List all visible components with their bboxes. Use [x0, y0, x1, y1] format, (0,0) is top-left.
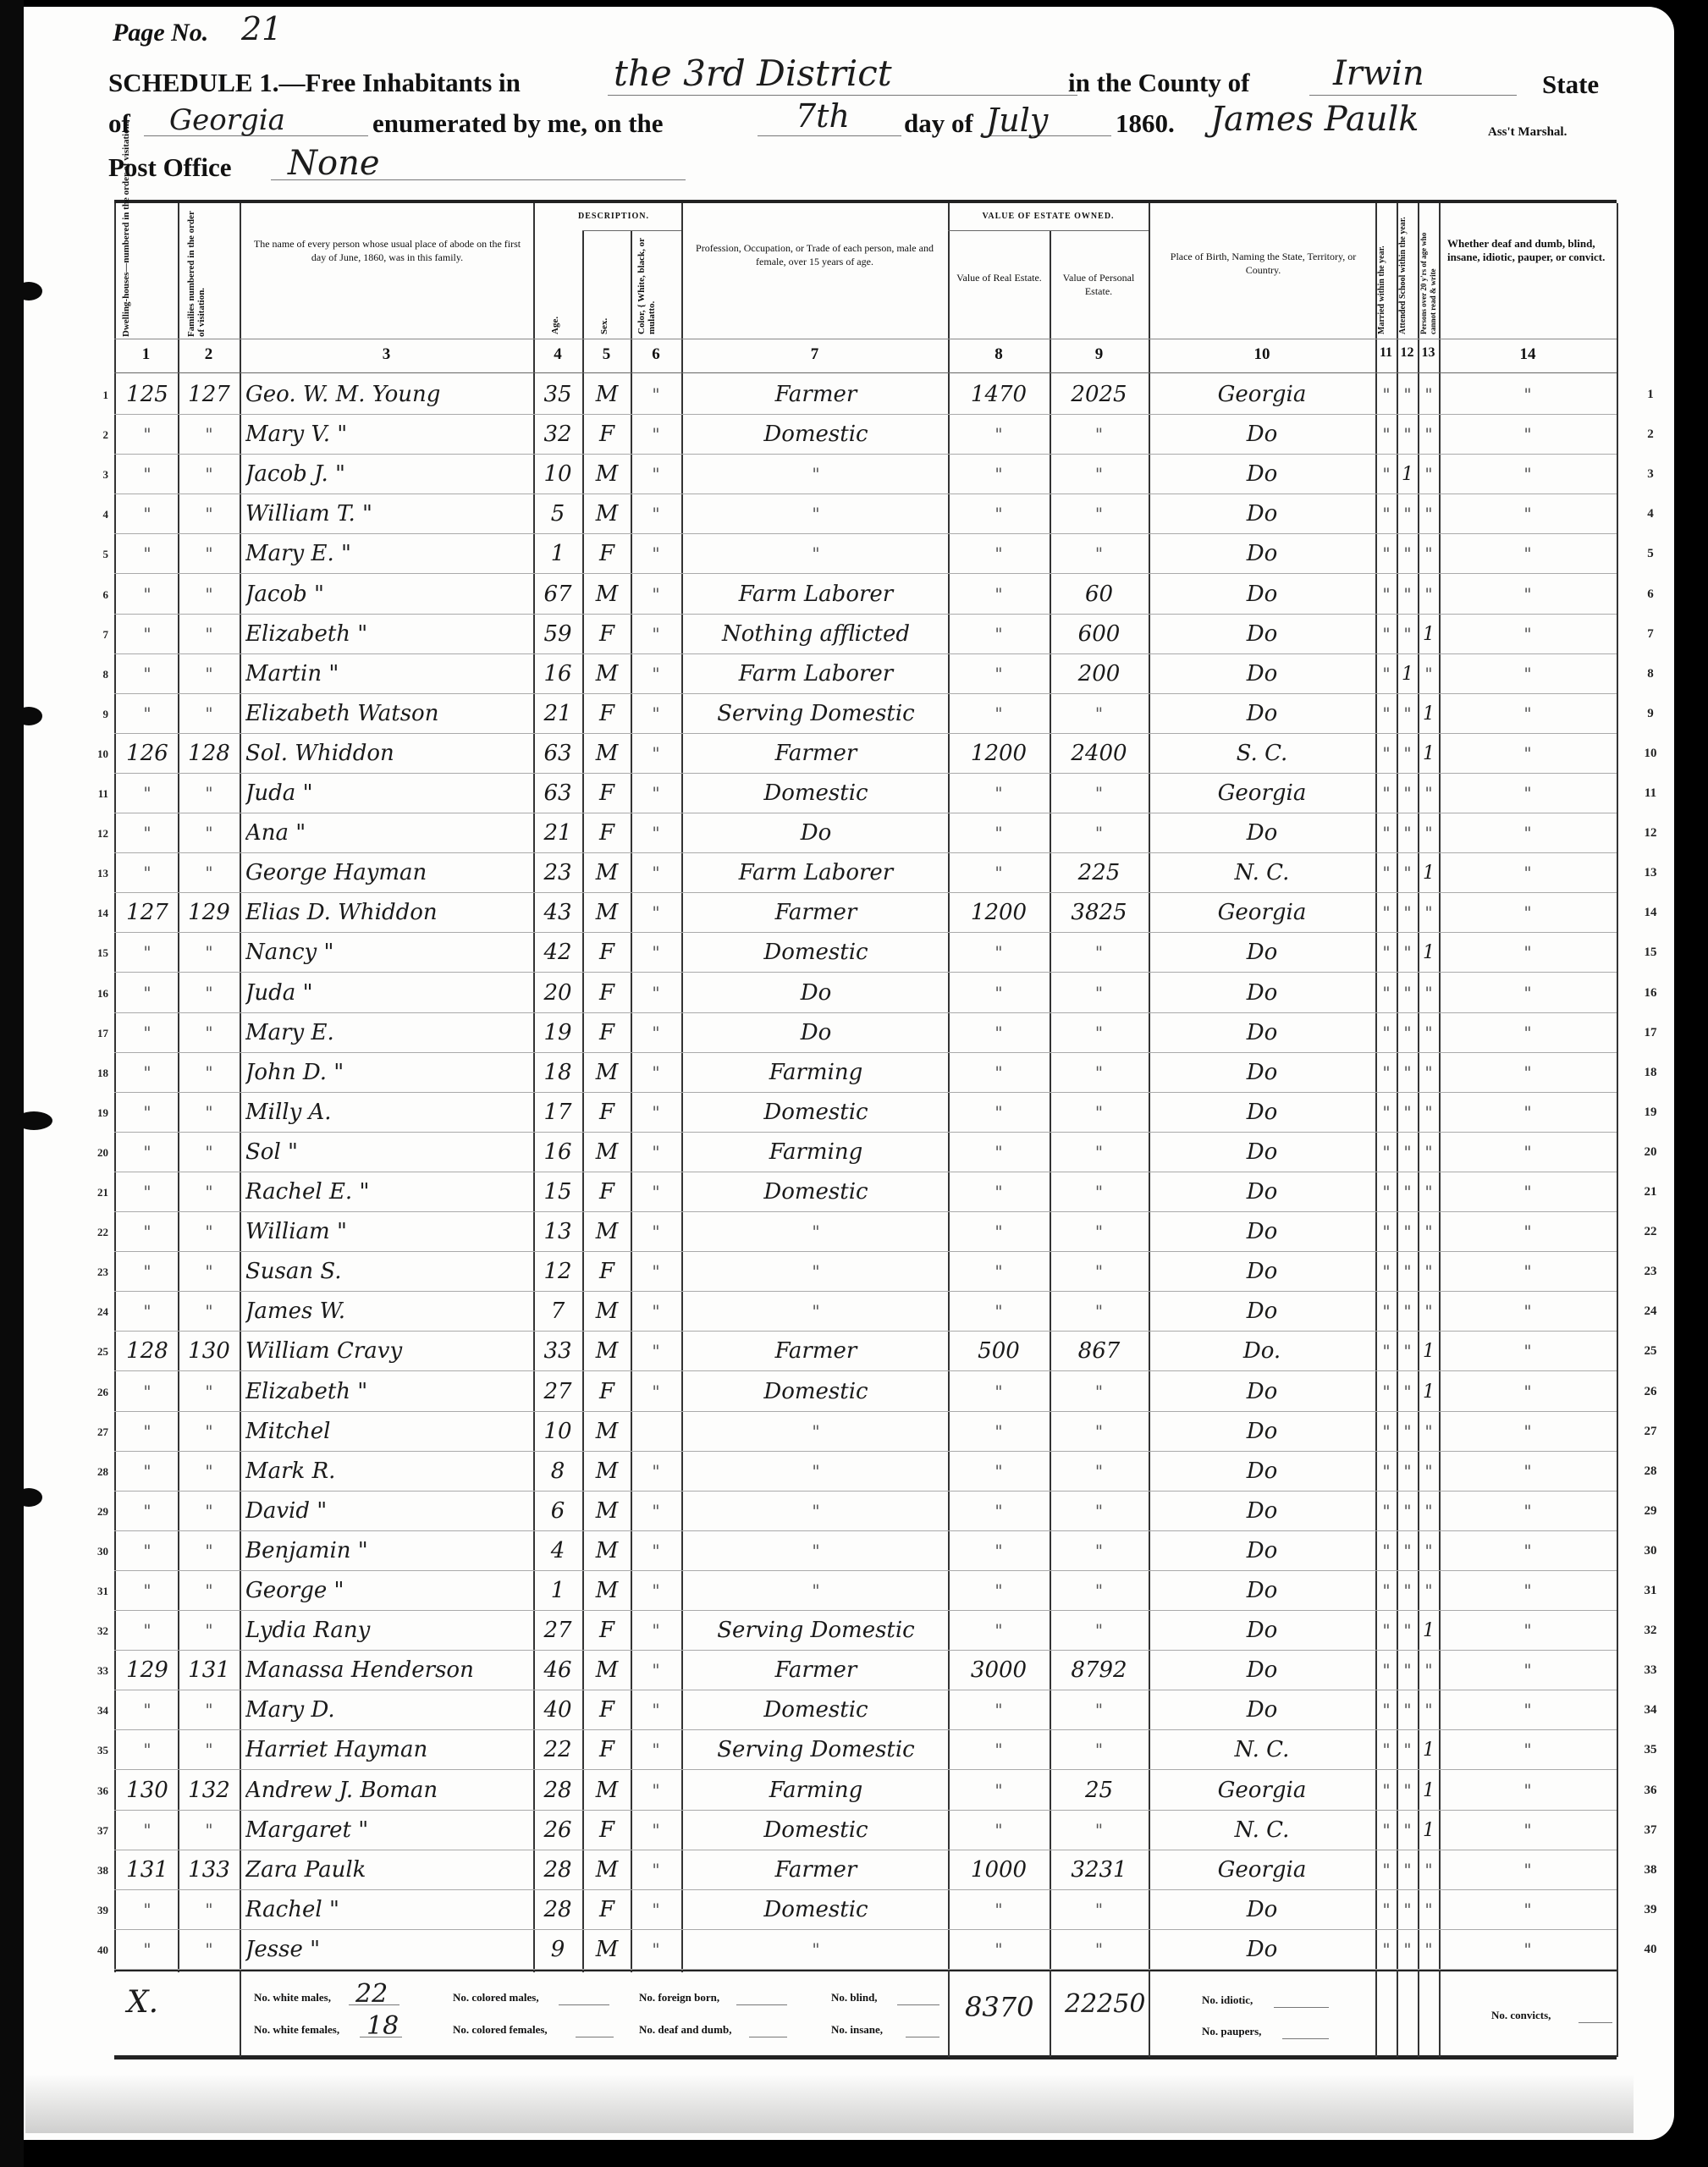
occupation: Domestic: [686, 1690, 946, 1730]
personal-estate-value: ": [1051, 1412, 1147, 1452]
age: 5: [535, 494, 581, 534]
person-name: Jesse ": [245, 1930, 532, 1970]
age: 1: [535, 534, 581, 574]
col-number: 14: [1439, 345, 1617, 364]
right-line-number: 30: [1634, 1531, 1667, 1571]
school-flag: ": [1397, 774, 1418, 813]
personal-estate-value: ": [1051, 1690, 1147, 1730]
dwelling-number: ": [118, 1133, 176, 1172]
left-line-number: 5: [88, 534, 108, 574]
person-name: Sol ": [245, 1133, 532, 1172]
color: ": [633, 1492, 679, 1531]
real-estate-value: 3000: [950, 1651, 1048, 1690]
marshal-name: James Paulk: [1210, 100, 1419, 139]
col-group-description: Description.: [550, 210, 677, 223]
real-estate-value: ": [950, 1531, 1048, 1571]
married-flag: ": [1376, 1133, 1397, 1172]
remarks: ": [1441, 1730, 1615, 1770]
col-header-dwelling: Dwelling-houses—numbered in the order of…: [121, 210, 131, 337]
family-number: ": [181, 1412, 237, 1452]
col-header-name: The name of every person whose usual pla…: [250, 237, 525, 264]
school-flag: ": [1397, 534, 1418, 574]
school-flag: ": [1397, 1372, 1418, 1412]
illiterate-flag: 1: [1419, 1332, 1439, 1371]
col-number: 6: [631, 345, 681, 364]
birthplace: Do: [1151, 1372, 1373, 1412]
school-flag: ": [1397, 1412, 1418, 1452]
right-line-number: 11: [1634, 774, 1667, 813]
occupation: ": [686, 1412, 946, 1452]
person-name: Elizabeth Watson: [245, 694, 532, 734]
family-number: ": [181, 1492, 237, 1531]
birthplace: Do: [1151, 494, 1373, 534]
table-row: 19""Milly A.17F"Domestic""Do""""19: [0, 1093, 1708, 1133]
illiterate-flag: ": [1419, 893, 1439, 933]
color: ": [633, 1252, 679, 1292]
table-row: 16""Juda "20F"Do""Do""""16: [0, 973, 1708, 1013]
person-name: Juda ": [245, 774, 532, 813]
left-line-number: 37: [88, 1811, 108, 1850]
occupation: Farmer: [686, 893, 946, 933]
married-flag: ": [1376, 375, 1397, 415]
right-line-number: 37: [1634, 1811, 1667, 1850]
color: ": [633, 1053, 679, 1093]
right-line-number: 29: [1634, 1492, 1667, 1531]
color: ": [633, 893, 679, 933]
personal-estate-value: ": [1051, 1133, 1147, 1172]
personal-estate-value: ": [1051, 933, 1147, 973]
occupation: ": [686, 455, 946, 494]
right-line-number: 17: [1634, 1013, 1667, 1053]
occupation: Do: [686, 1013, 946, 1053]
color: ": [633, 1531, 679, 1571]
real-estate-value: ": [950, 1492, 1048, 1531]
birthplace: Georgia: [1151, 893, 1373, 933]
left-line-number: 21: [88, 1172, 108, 1212]
real-estate-value: ": [950, 1372, 1048, 1412]
occupation: ": [686, 494, 946, 534]
age: 22: [535, 1730, 581, 1770]
illiterate-flag: 1: [1419, 1771, 1439, 1811]
age: 21: [535, 813, 581, 853]
personal-estate-value: 8792: [1051, 1651, 1147, 1690]
family-number: 128: [181, 734, 237, 774]
sex: M: [584, 494, 630, 534]
color: ": [633, 1292, 679, 1332]
illiterate-flag: ": [1419, 1452, 1439, 1492]
age: 8: [535, 1452, 581, 1492]
age: 46: [535, 1651, 581, 1690]
birthplace: Georgia: [1151, 774, 1373, 813]
married-flag: ": [1376, 1850, 1397, 1890]
right-line-number: 35: [1634, 1730, 1667, 1770]
married-flag: ": [1376, 1412, 1397, 1452]
dwelling-number: ": [118, 774, 176, 813]
married-flag: ": [1376, 1771, 1397, 1811]
birthplace: Do: [1151, 534, 1373, 574]
occupation: ": [686, 1252, 946, 1292]
school-flag: ": [1397, 1093, 1418, 1133]
personal-estate-value: ": [1051, 415, 1147, 455]
sex: F: [584, 1890, 630, 1930]
white-males-label: No. white males,: [254, 1991, 331, 2004]
table-row: 20""Sol "16M"Farming""Do""""20: [0, 1133, 1708, 1172]
color: ": [633, 694, 679, 734]
family-number: ": [181, 1452, 237, 1492]
personal-estate-value: ": [1051, 973, 1147, 1013]
age: 32: [535, 415, 581, 455]
family-number: ": [181, 1531, 237, 1571]
age: 18: [535, 1053, 581, 1093]
left-line-number: 18: [88, 1053, 108, 1093]
dwelling-number: 128: [118, 1332, 176, 1371]
person-name: Mary E. ": [245, 534, 532, 574]
occupation: ": [686, 1452, 946, 1492]
left-line-number: 11: [88, 774, 108, 813]
illiterate-flag: ": [1419, 1093, 1439, 1133]
color: ": [633, 575, 679, 615]
right-line-number: 3: [1634, 455, 1667, 494]
dwelling-number: ": [118, 1452, 176, 1492]
color: ": [633, 853, 679, 893]
col-number: 7: [681, 345, 948, 364]
table-row: 33129131Manassa Henderson46M"Farmer30008…: [0, 1651, 1708, 1690]
married-flag: ": [1376, 1730, 1397, 1770]
color: ": [633, 1571, 679, 1611]
sex: F: [584, 1172, 630, 1212]
person-name: George Hayman: [245, 853, 532, 893]
sex: F: [584, 1013, 630, 1053]
col-number: 10: [1149, 345, 1375, 364]
birthplace: Do: [1151, 1133, 1373, 1172]
real-estate-value: ": [950, 933, 1048, 973]
family-number: ": [181, 575, 237, 615]
family-number: 129: [181, 893, 237, 933]
age: 28: [535, 1771, 581, 1811]
school-flag: ": [1397, 415, 1418, 455]
table-row: 37""Margaret "26F"Domestic""N. C.""1"37: [0, 1811, 1708, 1850]
illiterate-flag: ": [1419, 1172, 1439, 1212]
dwelling-number: ": [118, 1372, 176, 1412]
personal-estate-value: ": [1051, 774, 1147, 813]
illiterate-flag: 1: [1419, 734, 1439, 774]
family-number: ": [181, 1252, 237, 1292]
family-number: ": [181, 694, 237, 734]
sex: F: [584, 1690, 630, 1730]
left-line-number: 1: [88, 375, 108, 415]
remarks: ": [1441, 534, 1615, 574]
remarks: ": [1441, 654, 1615, 694]
family-number: ": [181, 534, 237, 574]
dwelling-number: ": [118, 494, 176, 534]
sex: F: [584, 774, 630, 813]
table-row: 2""Mary V. "32F"Domestic""Do""""2: [0, 415, 1708, 455]
dwelling-number: ": [118, 1053, 176, 1093]
occupation: Domestic: [686, 1811, 946, 1850]
birthplace: Do: [1151, 813, 1373, 853]
right-line-number: 7: [1634, 615, 1667, 654]
remarks: ": [1441, 734, 1615, 774]
married-flag: ": [1376, 694, 1397, 734]
table-row: 9""Elizabeth Watson21F"Serving Domestic"…: [0, 694, 1708, 734]
personal-estate-total: 22250: [1065, 1989, 1145, 2019]
illiterate-flag: ": [1419, 375, 1439, 415]
family-number: 127: [181, 375, 237, 415]
birthplace: Do: [1151, 1252, 1373, 1292]
birthplace: Do: [1151, 1611, 1373, 1651]
left-line-number: 33: [88, 1651, 108, 1690]
table-row: 25128130William Cravy33M"Farmer500867Do.…: [0, 1332, 1708, 1371]
birthplace: Do: [1151, 1452, 1373, 1492]
illiterate-flag: 1: [1419, 853, 1439, 893]
remarks: ": [1441, 813, 1615, 853]
right-line-number: 4: [1634, 494, 1667, 534]
personal-estate-value: ": [1051, 1492, 1147, 1531]
real-estate-value: ": [950, 1093, 1048, 1133]
family-number: 130: [181, 1332, 237, 1371]
col-header-school: Attended School within the year.: [1398, 209, 1419, 334]
right-line-number: 32: [1634, 1611, 1667, 1651]
page-label: Page No.: [113, 19, 208, 47]
table-row: 7""Elizabeth "59F"Nothing afflicted"600D…: [0, 615, 1708, 654]
table-row: 4""William T. "5M""""Do""""4: [0, 494, 1708, 534]
occupation: Domestic: [686, 774, 946, 813]
family-number: ": [181, 1730, 237, 1770]
color: ": [633, 774, 679, 813]
sex: F: [584, 1811, 630, 1850]
county-label: in the County of: [1068, 68, 1249, 98]
school-flag: ": [1397, 1212, 1418, 1252]
sex: M: [584, 1332, 630, 1371]
occupation: Domestic: [686, 1372, 946, 1412]
left-line-number: 4: [88, 494, 108, 534]
tally-mark: X.: [127, 1985, 158, 2020]
age: 67: [535, 575, 581, 615]
left-line-number: 24: [88, 1292, 108, 1332]
family-number: 132: [181, 1771, 237, 1811]
family-number: ": [181, 1372, 237, 1412]
illiterate-flag: ": [1419, 1053, 1439, 1093]
occupation: Farmer: [686, 734, 946, 774]
remarks: ": [1441, 774, 1615, 813]
real-estate-value: ": [950, 1133, 1048, 1172]
birthplace: Do: [1151, 933, 1373, 973]
table-row: 38131133Zara Paulk28M"Farmer10003231Geor…: [0, 1850, 1708, 1890]
right-line-number: 18: [1634, 1053, 1667, 1093]
deaf-dumb-label: No. deaf and dumb,: [639, 2023, 731, 2037]
occupation: Serving Domestic: [686, 694, 946, 734]
left-line-number: 13: [88, 853, 108, 893]
color: ": [633, 973, 679, 1013]
real-estate-value: 1470: [950, 375, 1048, 415]
age: 27: [535, 1372, 581, 1412]
person-name: Sol. Whiddon: [245, 734, 532, 774]
birthplace: S. C.: [1151, 734, 1373, 774]
col-number: 8: [948, 345, 1050, 364]
age: 42: [535, 933, 581, 973]
remarks: ": [1441, 1332, 1615, 1371]
person-name: David ": [245, 1492, 532, 1531]
occupation: Farmer: [686, 375, 946, 415]
real-estate-value: ": [950, 1013, 1048, 1053]
real-estate-value: ": [950, 1930, 1048, 1970]
illiterate-flag: ": [1419, 1292, 1439, 1332]
personal-estate-value: ": [1051, 1252, 1147, 1292]
family-number: ": [181, 1930, 237, 1970]
family-number: ": [181, 853, 237, 893]
sex: F: [584, 933, 630, 973]
right-line-number: 38: [1634, 1850, 1667, 1890]
person-name: Rachel ": [245, 1890, 532, 1930]
remarks: ": [1441, 1372, 1615, 1412]
table-row: 1125127Geo. W. M. Young35M"Farmer1470202…: [0, 375, 1708, 415]
school-flag: ": [1397, 893, 1418, 933]
sex: M: [584, 1053, 630, 1093]
dwelling-number: ": [118, 1492, 176, 1531]
district-field: the 3rd District: [614, 52, 892, 94]
personal-estate-value: ": [1051, 1053, 1147, 1093]
real-estate-value: ": [950, 1172, 1048, 1212]
right-line-number: 19: [1634, 1093, 1667, 1133]
remarks: ": [1441, 1292, 1615, 1332]
table-row: 39""Rachel "28F"Domestic""Do""""39: [0, 1890, 1708, 1930]
birthplace: Do: [1151, 615, 1373, 654]
real-estate-value: ": [950, 774, 1048, 813]
school-flag: ": [1397, 694, 1418, 734]
color: ": [633, 375, 679, 415]
real-estate-value: ": [950, 813, 1048, 853]
remarks: ": [1441, 1850, 1615, 1890]
remarks: ": [1441, 973, 1615, 1013]
color: ": [633, 1730, 679, 1770]
age: 16: [535, 1133, 581, 1172]
right-line-number: 14: [1634, 893, 1667, 933]
col-number: 13: [1418, 345, 1439, 361]
sex: M: [584, 853, 630, 893]
occupation: Domestic: [686, 1172, 946, 1212]
age: 13: [535, 1212, 581, 1252]
color: ": [633, 654, 679, 694]
remarks: ": [1441, 1013, 1615, 1053]
married-flag: ": [1376, 1093, 1397, 1133]
paupers-label: No. paupers,: [1202, 2025, 1261, 2038]
county-field: Irwin: [1333, 54, 1424, 93]
occupation: Farming: [686, 1133, 946, 1172]
color: ": [633, 734, 679, 774]
person-name: Rachel E. ": [245, 1172, 532, 1212]
person-name: Elizabeth ": [245, 1372, 532, 1412]
right-line-number: 40: [1634, 1930, 1667, 1970]
sex: M: [584, 1771, 630, 1811]
person-name: Elizabeth ": [245, 615, 532, 654]
person-name: Lydia Rany: [245, 1611, 532, 1651]
family-number: ": [181, 1611, 237, 1651]
illiterate-flag: ": [1419, 1252, 1439, 1292]
right-line-number: 9: [1634, 694, 1667, 734]
age: 12: [535, 1252, 581, 1292]
dwelling-number: ": [118, 1930, 176, 1970]
birthplace: Do: [1151, 1651, 1373, 1690]
occupation: Serving Domestic: [686, 1730, 946, 1770]
right-line-number: 27: [1634, 1412, 1667, 1452]
age: 21: [535, 694, 581, 734]
col-number: 3: [240, 345, 533, 364]
remarks: ": [1441, 933, 1615, 973]
occupation: Farming: [686, 1053, 946, 1093]
table-row: 6""Jacob "67M"Farm Laborer"60Do""""6: [0, 575, 1708, 615]
personal-estate-value: ": [1051, 1372, 1147, 1412]
family-number: ": [181, 615, 237, 654]
person-name: Martin ": [245, 654, 532, 694]
dwelling-number: ": [118, 1292, 176, 1332]
remarks: ": [1441, 1053, 1615, 1093]
illiterate-flag: ": [1419, 1492, 1439, 1531]
birthplace: Do.: [1151, 1332, 1373, 1371]
personal-estate-value: ": [1051, 813, 1147, 853]
occupation: Farmer: [686, 1651, 946, 1690]
remarks: ": [1441, 1093, 1615, 1133]
col-header-married: Married within the year.: [1377, 209, 1397, 334]
age: 63: [535, 734, 581, 774]
sex: M: [584, 1292, 630, 1332]
sex: M: [584, 375, 630, 415]
illiterate-flag: ": [1419, 494, 1439, 534]
person-name: Jacob J. ": [245, 455, 532, 494]
family-number: ": [181, 1890, 237, 1930]
birthplace: Do: [1151, 1093, 1373, 1133]
illiterate-flag: ": [1419, 1850, 1439, 1890]
dwelling-number: ": [118, 1531, 176, 1571]
married-flag: ": [1376, 1053, 1397, 1093]
birthplace: N. C.: [1151, 1730, 1373, 1770]
school-flag: ": [1397, 853, 1418, 893]
table-row: 5""Mary E. "1F""""Do""""5: [0, 534, 1708, 574]
month-field: July: [986, 102, 1048, 139]
right-line-number: 13: [1634, 853, 1667, 893]
school-flag: ": [1397, 575, 1418, 615]
person-name: Benjamin ": [245, 1531, 532, 1571]
married-flag: ": [1376, 1212, 1397, 1252]
dwelling-number: ": [118, 654, 176, 694]
left-line-number: 8: [88, 654, 108, 694]
personal-estate-value: ": [1051, 1212, 1147, 1252]
married-flag: ": [1376, 1930, 1397, 1970]
dwelling-number: 131: [118, 1850, 176, 1890]
color: ": [633, 933, 679, 973]
binding-hole: [15, 282, 42, 301]
illiterate-flag: ": [1419, 654, 1439, 694]
real-estate-value: ": [950, 1611, 1048, 1651]
blind-label: No. blind,: [831, 1991, 878, 2004]
age: 16: [535, 654, 581, 694]
birthplace: Do: [1151, 1690, 1373, 1730]
family-number: ": [181, 455, 237, 494]
family-number: ": [181, 1212, 237, 1252]
married-flag: ": [1376, 973, 1397, 1013]
married-flag: ": [1376, 853, 1397, 893]
col-header-birthplace: Place of Birth, Naming the State, Territ…: [1164, 250, 1363, 277]
page-stain: [25, 2074, 1634, 2133]
left-line-number: 22: [88, 1212, 108, 1252]
right-line-number: 15: [1634, 933, 1667, 973]
real-estate-value: ": [950, 455, 1048, 494]
colored-males-label: No. colored males,: [453, 1991, 539, 2004]
person-name: Jacob ": [245, 575, 532, 615]
right-line-number: 22: [1634, 1212, 1667, 1252]
remarks: ": [1441, 375, 1615, 415]
age: 43: [535, 893, 581, 933]
right-line-number: 5: [1634, 534, 1667, 574]
